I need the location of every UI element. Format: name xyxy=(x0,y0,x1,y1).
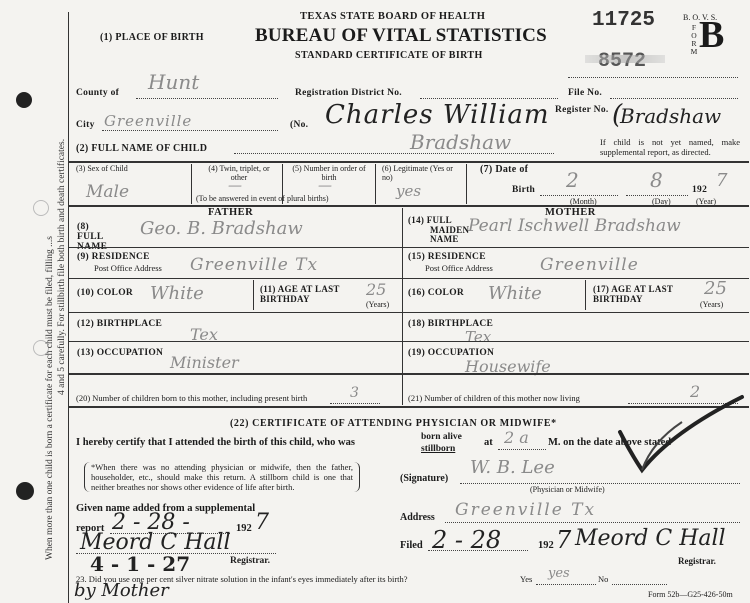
birth-time-value: 2 a xyxy=(504,428,529,447)
filed-registrar-signature: Meord C Hall xyxy=(575,526,726,551)
child-full-name-label: (2) FULL NAME OF CHILD xyxy=(76,143,207,154)
physician-address-field[interactable] xyxy=(445,521,740,523)
stillborn-option[interactable]: stillborn xyxy=(421,444,455,454)
filed-registrar-label: Registrar. xyxy=(678,556,716,566)
mother-color-value[interactable]: White xyxy=(488,283,542,304)
father-po-label: Post Office Address xyxy=(94,263,162,273)
legitimate-label: (6) Legitimate (Yes or no) xyxy=(382,164,462,182)
children-born-label: (20) Number of children born to this mot… xyxy=(76,393,307,403)
rule-top-grid xyxy=(69,161,749,163)
place-of-birth-label: (1) PLACE OF BIRTH xyxy=(100,32,204,43)
punch-hole-top xyxy=(16,92,32,108)
father-heading: FATHER xyxy=(208,207,253,218)
added-surname-paren: ( xyxy=(612,100,622,130)
filed-year-value: 7 xyxy=(556,526,571,554)
board-title: TEXAS STATE BOARD OF HEALTH xyxy=(300,11,485,22)
registration-district-label: Registration District No. xyxy=(295,88,402,98)
filed-label: Filed xyxy=(400,540,423,551)
check-mark-scrawl xyxy=(612,392,747,477)
form-word-vertical: FORM xyxy=(690,24,698,56)
rule-parents-top xyxy=(69,205,749,207)
added-surname: Bradshaw xyxy=(620,104,721,128)
children-living-label: (21) Number of children of this mother n… xyxy=(408,393,580,403)
sidebar-instructions: When more than one child is born a certi… xyxy=(44,139,68,560)
sidebar-line-1: When more than one child is born a certi… xyxy=(44,139,56,560)
silver-nitrate-yes-field[interactable] xyxy=(536,583,596,585)
sidebar-line-2: 4 and 5 carefully. For stillbirth file b… xyxy=(56,139,68,560)
stamp-smudge xyxy=(585,55,665,63)
city-value: Greenville xyxy=(104,112,192,130)
unnamed-child-note: If child is not yet named, make suppleme… xyxy=(600,137,740,157)
report-year-prefix: 192 xyxy=(236,523,252,534)
father-residence-value[interactable]: Greenville Tx xyxy=(190,255,318,275)
signature-field[interactable] xyxy=(460,482,740,484)
mother-name-label-3: NAME xyxy=(408,235,469,245)
birth-day-field[interactable] xyxy=(626,194,688,196)
stillborn-footnote: *When there was no attending physician o… xyxy=(84,462,360,492)
twin-value[interactable]: — xyxy=(228,178,242,194)
mother-name-label: (14) FULL MAIDEN NAME xyxy=(408,216,469,245)
signature-value: W. B. Lee xyxy=(470,457,555,478)
mother-name-value[interactable]: Pearl Ischwell Bradshaw xyxy=(468,216,681,236)
mother-age-value[interactable]: 25 xyxy=(704,278,727,299)
father-birthplace-label: (12) BIRTHPLACE xyxy=(77,319,162,329)
supplemental-added-date: 4 - 1 - 27 xyxy=(90,552,190,576)
legitimate-value[interactable]: yes xyxy=(396,182,421,200)
added-given-name: Charles William xyxy=(325,100,550,130)
plural-births-note: (To be answered in event of plural birth… xyxy=(196,194,329,203)
street-no-label: (No. xyxy=(290,120,308,130)
rule xyxy=(69,341,402,342)
mother-po-label: Post Office Address xyxy=(425,263,493,273)
rule xyxy=(69,278,402,279)
punch-hole-bottom xyxy=(16,482,34,500)
rule xyxy=(69,247,402,248)
sex-value[interactable]: Male xyxy=(86,182,129,202)
divider xyxy=(375,164,376,204)
sex-label: (3) Sex of Child xyxy=(76,164,136,173)
rule xyxy=(69,312,402,313)
county-value: Hunt xyxy=(148,70,199,94)
mother-birthplace-value[interactable]: Tex xyxy=(465,328,491,346)
birth-month-value: 2 xyxy=(566,168,579,192)
register-number-label: Register No. xyxy=(555,105,609,115)
margin-rule xyxy=(68,12,69,603)
father-residence-label: (9) RESIDENCE xyxy=(77,252,150,262)
stamp-line xyxy=(568,77,738,78)
at-label: at xyxy=(484,437,493,448)
filed-year-prefix: 192 xyxy=(538,540,554,551)
father-name-value[interactable]: Geo. B. Bradshaw xyxy=(140,218,303,239)
physician-address-value: Greenville Tx xyxy=(455,500,596,520)
silver-nitrate-no-field[interactable] xyxy=(612,583,667,585)
rule xyxy=(403,312,749,313)
birth-label: Birth xyxy=(512,185,535,195)
mother-residence-label: (15) RESIDENCE xyxy=(408,252,486,262)
county-field[interactable] xyxy=(136,97,278,99)
silver-nitrate-question: 23. Did you use one per cent silver nitr… xyxy=(76,574,408,584)
signature-caption: (Physician or Midwife) xyxy=(530,485,605,494)
children-born-field[interactable] xyxy=(330,402,380,404)
report-year-value: 7 xyxy=(255,510,269,535)
date-of-birth-label: (7) Date of xyxy=(480,164,528,175)
file-number-field[interactable] xyxy=(610,97,738,99)
birth-month-field[interactable] xyxy=(540,194,618,196)
children-born-value: 3 xyxy=(350,385,359,401)
rule xyxy=(403,341,749,342)
certify-text: I hereby certify that I attended the bir… xyxy=(76,437,355,448)
county-label: County of xyxy=(76,88,119,98)
birth-time-field[interactable] xyxy=(498,448,546,450)
divider xyxy=(466,164,467,204)
certificate-number: 11725 xyxy=(592,9,655,32)
mother-age-label: (17) AGE AT LAST BIRTHDAY xyxy=(593,284,693,304)
mother-color-label: (16) COLOR xyxy=(408,288,464,298)
rule-children-top xyxy=(69,373,749,375)
form-number: Form 52b—G25-426-50m xyxy=(648,590,733,599)
father-color-label: (10) COLOR xyxy=(77,288,133,298)
bureau-title: BUREAU OF VITAL STATISTICS xyxy=(255,25,547,47)
divider xyxy=(585,280,586,310)
rule xyxy=(403,278,749,279)
order-value[interactable]: — xyxy=(318,178,332,194)
father-years-caption: (Years) xyxy=(366,300,389,309)
registration-district-field[interactable] xyxy=(420,97,558,99)
father-age-value[interactable]: 25 xyxy=(366,280,386,299)
filed-date-value: 2 - 28 xyxy=(432,526,501,554)
signature-label: (Signature) xyxy=(400,473,448,484)
silver-nitrate-yes-value: yes xyxy=(548,566,570,581)
city-label: City xyxy=(76,120,95,130)
birth-day-value: 8 xyxy=(650,168,663,192)
silver-nitrate-no-label: No xyxy=(598,574,608,584)
silver-nitrate-yes-label: Yes xyxy=(520,574,532,584)
file-number-label: File No. xyxy=(568,88,602,98)
rule xyxy=(403,247,749,248)
mother-residence-value[interactable]: Greenville xyxy=(540,255,639,275)
father-color-value[interactable]: White xyxy=(150,283,204,304)
physician-address-label: Address xyxy=(400,512,435,523)
father-occupation-label: (13) OCCUPATION xyxy=(77,348,163,358)
birth-year-prefix: 192 xyxy=(692,185,707,195)
supplemental-registrar-label: Registrar. xyxy=(230,556,270,566)
divider xyxy=(191,164,192,204)
father-occupation-value[interactable]: Minister xyxy=(170,353,239,372)
form-letter: B xyxy=(699,16,724,54)
born-alive-option[interactable]: born alive xyxy=(421,432,462,442)
father-age-label: (11) AGE AT LAST BIRTHDAY xyxy=(260,284,360,304)
certificate-subtitle: STANDARD CERTIFICATE OF BIRTH xyxy=(295,50,483,61)
child-full-name-value: Bradshaw xyxy=(410,130,511,154)
parents-divider xyxy=(402,208,403,405)
mother-years-caption: (Years) xyxy=(700,300,723,309)
birth-year-value[interactable]: 7 xyxy=(716,170,727,191)
divider xyxy=(253,280,254,310)
